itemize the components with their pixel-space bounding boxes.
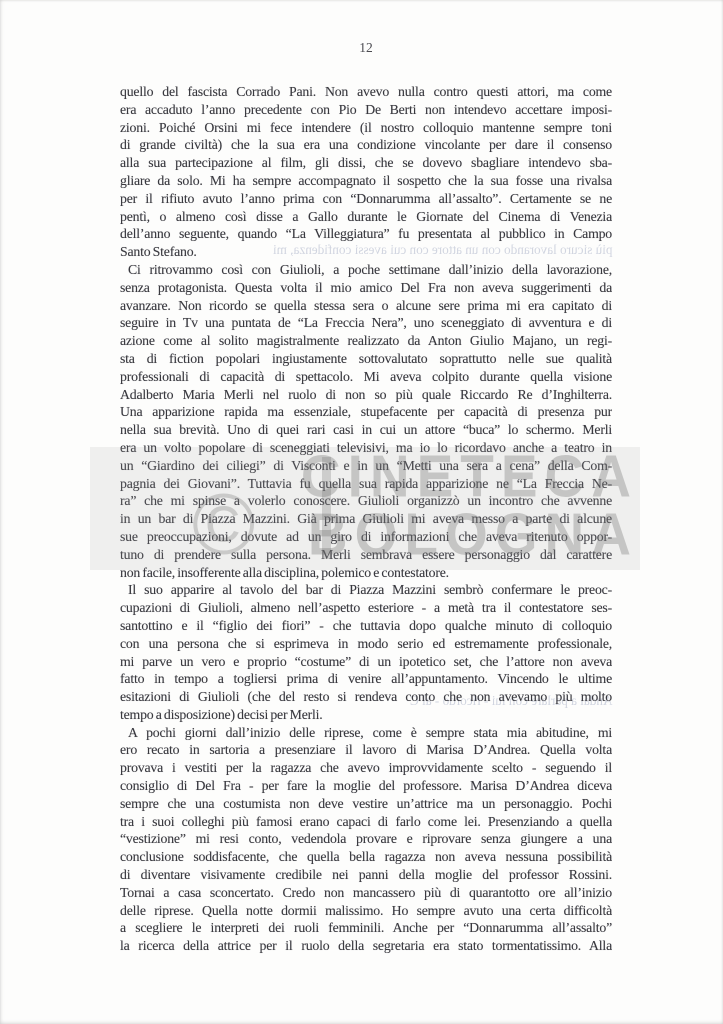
text-line: per il rifiuto avuto l’anno prima con “D… [120,190,612,208]
text-line: dell’anno seguente, quando “La Villeggia… [120,225,612,243]
text-line: Santo Stefano. [120,243,612,261]
text-line: tempo a disposizione) decisi per Merli. [120,706,612,724]
text-line: Una apparizione rapida ma essenziale, st… [120,403,612,421]
text-line: ra” che mi spinse a volerlo conoscere. G… [120,492,612,510]
text-line: A pochi giorni dall’inizio delle riprese… [120,724,612,742]
paragraph: quello del fascista Corrado Pani. Non av… [120,83,612,261]
text-line: Ci ritrovammo così con Giulioli, a poche… [120,261,612,279]
text-line: seguire in Tv una puntata de “La Freccia… [120,314,612,332]
text-line: azione come al solito magistralmente rea… [120,332,612,350]
text-line: santottino e il “figlio dei fiori” - che… [120,617,612,635]
text-line: a scegliere le interpreti dei ruoli femm… [120,919,612,937]
text-line: sta di fiction popolari ingiustamente so… [120,350,612,368]
text-line: “vestizione” mi resi conto, vedendola pr… [120,830,612,848]
text-line: con una persona che si esprimeva in modo… [120,635,612,653]
text-line: un “Giardino dei ciliegi” di Visconti e … [120,457,612,475]
text-line: tuno di prendere sulla persona. Merli se… [120,546,612,564]
text-line: alla sua partecipazione al film, gli dis… [120,154,612,172]
text-line: di grande civiltà) che la sua era una co… [120,136,612,154]
paragraph: A pochi giorni dall’inizio delle riprese… [120,724,612,955]
text-line: mi parve un vero e proprio “costume” di … [120,653,612,671]
text-line: sue preoccupazioni, dovute ad un giro di… [120,528,612,546]
text-line: conclusione soddisfacente, che quella be… [120,848,612,866]
text-line: esitazioni di Giulioli (che del resto si… [120,688,612,706]
text-line: quello del fascista Corrado Pani. Non av… [120,83,612,101]
text-line: Adalberto Maria Merli nel ruolo di non s… [120,386,612,404]
paragraph: Il suo apparire al tavolo del bar di Pia… [120,581,612,723]
text-line: nella sua brevità. Uno di quei rari casi… [120,421,612,439]
text-line: in un bar di Piazza Mazzini. Già prima G… [120,510,612,528]
text-line: non facile, insofferente alla disciplina… [120,564,612,582]
scan-page: 12 quello del fascista Corrado Pani. Non… [0,0,723,1024]
text-line: avanzare. Non ricordo se quella stessa s… [120,297,612,315]
text-line: ero recato in sartoria a presenziare il … [120,741,612,759]
text-line: tra i suoi colleghi più famosi erano cap… [120,813,612,831]
text-line: professionali di capacità di spettacolo.… [120,368,612,386]
text-line: pagnia dei Giovani”. Tuttavia fu quella … [120,475,612,493]
text-line: consiglio di Del Fra - per fare la mogli… [120,777,612,795]
text-line: Tornai a casa sconcertato. Credo non man… [120,884,612,902]
page-number: 12 [120,40,612,56]
text-line: fatto in tempo a togliersi prima di veni… [120,670,612,688]
text-line: gliare da solo. Mi ha sempre accompagnat… [120,172,612,190]
text-line: senza protagonista. Questa volta il mio … [120,279,612,297]
text-line: provava i vestiti per la ragazza che ave… [120,759,612,777]
text-line: zioni. Poiché Orsini mi fece intendere (… [120,119,612,137]
text-line: delle riprese. Quella notte dormii malis… [120,902,612,920]
text-column: quello del fascista Corrado Pani. Non av… [120,83,612,955]
text-line: la ricerca della attrice per il ruolo de… [120,937,612,955]
text-line: era un volto popolare di sceneggiati tel… [120,439,612,457]
text-line: Il suo apparire al tavolo del bar di Pia… [120,581,612,599]
text-line: sempre che una costumista non deve vesti… [120,795,612,813]
text-line: cupazioni di Giulioli, almeno nell’aspet… [120,599,612,617]
text-line: era accaduto l’anno precedente con Pio D… [120,101,612,119]
paragraph: Ci ritrovammo così con Giulioli, a poche… [120,261,612,581]
text-line: di diventare visivamente credibile nei p… [120,866,612,884]
text-line: pentì, o almeno così disse a Gallo duran… [120,208,612,226]
